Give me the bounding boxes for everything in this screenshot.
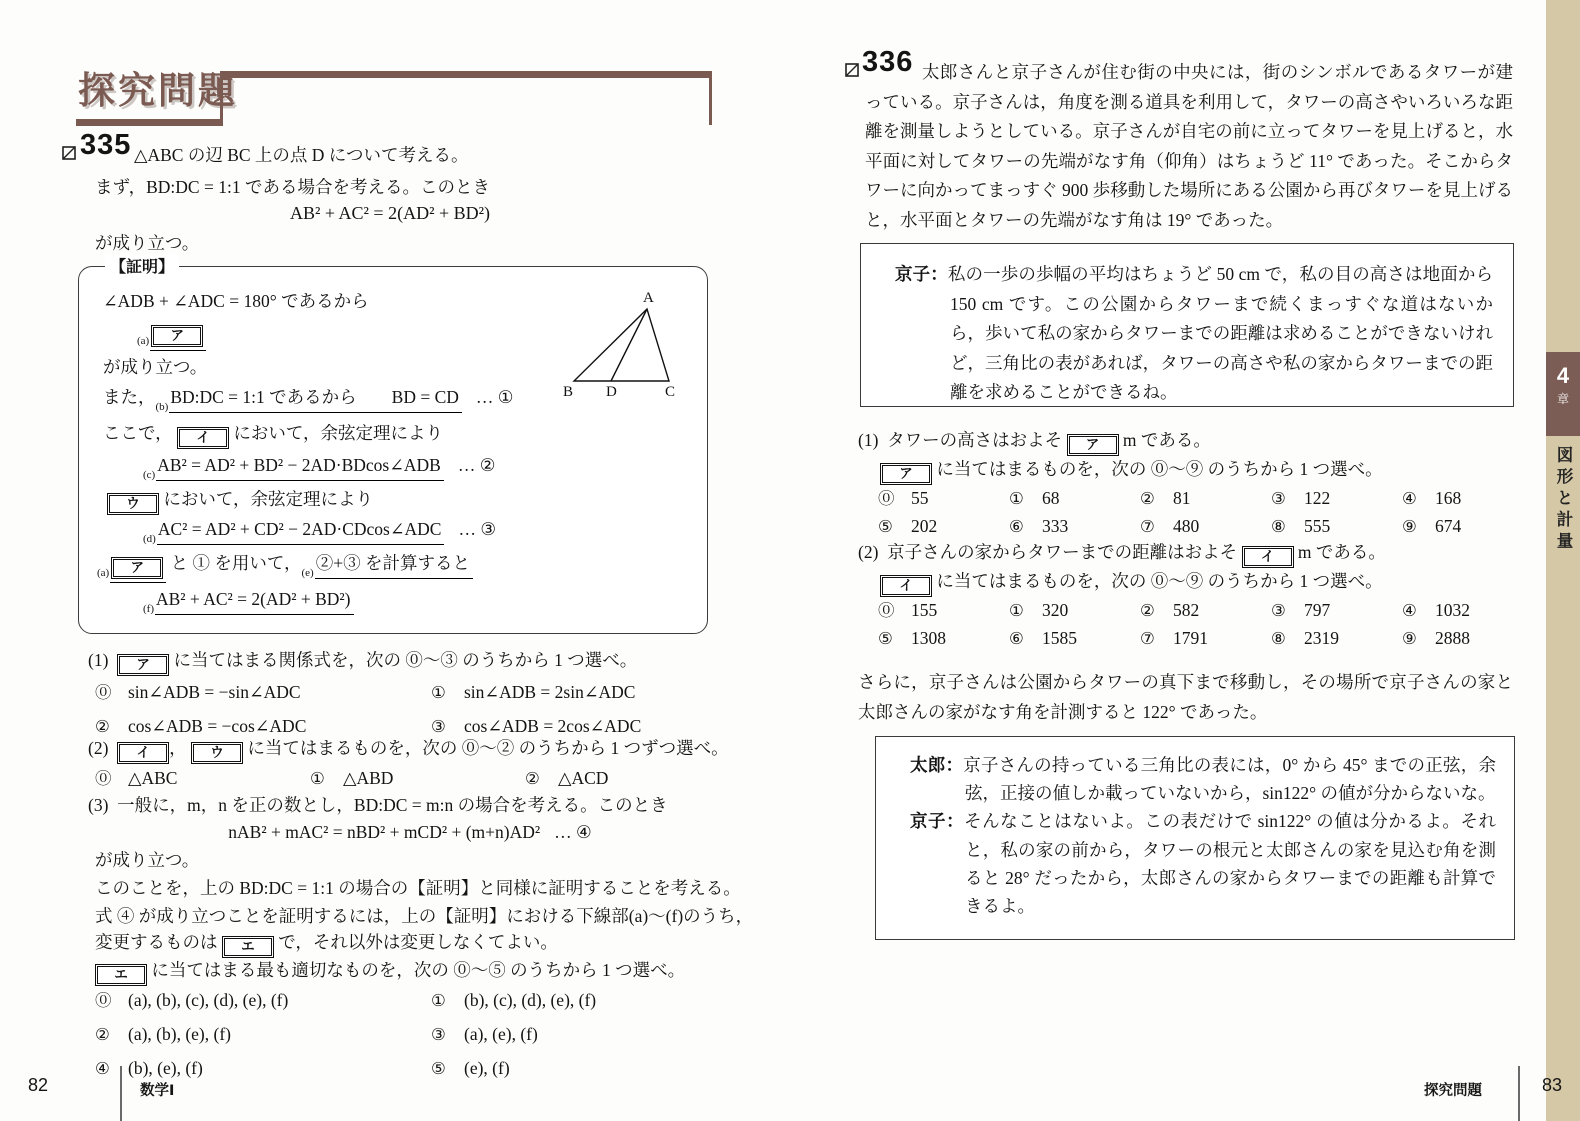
option-number: ⓪ [95, 681, 117, 705]
option-number: ⑨ [1402, 627, 1424, 651]
q335-3-options: ⓪(a), (b), (c), (d), (e), (f) ①(b), (c),… [95, 988, 767, 1081]
q335-3-number: (3) [88, 795, 108, 815]
kyoko-dialog-2-text: そんなことはないよ。この表だけで sin122° の値は分かるよ。それと，私の家… [964, 811, 1496, 916]
page-number-right: 83 [1542, 1075, 1562, 1096]
option-number: ⑤ [431, 1057, 453, 1081]
option-text: 480 [1173, 516, 1199, 536]
q336-1-select: ア に当てはまるものを，次の ⓪〜⑨ のうちから 1 つ選べ。 [880, 457, 1383, 485]
eq-ref-1: … ① [476, 387, 514, 407]
blank-box-i: イ [177, 427, 229, 449]
proof-line-4: また，(b)BD:DC = 1:1 であるから BD = CD… ① [103, 385, 514, 419]
option-text: △ABD [343, 768, 393, 788]
footer-label-left: 数学Ⅰ [140, 1079, 174, 1100]
speaker-taro: 太郎： [910, 755, 963, 775]
q336-1-options-row2: ⑤202 ⑥333 ⑦480 ⑧555 ⑨674 [878, 514, 1533, 539]
q335-3-stem: (3) 一般に，m，n を正の数とし，BD:DC = m:n の場合を考える。こ… [88, 793, 668, 817]
q336-1-blank-box: ア [1067, 434, 1119, 456]
option-text: 674 [1435, 516, 1461, 536]
option-text: (a), (b), (c), (d), (e), (f) [128, 990, 288, 1010]
further-measurement-text: さらに，京子さんは公園からタワーの真下まで移動し，その場所で京子さんの家と太郎さ… [858, 668, 1513, 727]
header-underline-bar [76, 119, 223, 126]
q336-2-pre: 京子さんの家からタワーまでの距離はおよそ [887, 542, 1237, 562]
q336-2-select: イ に当てはまるものを，次の ⓪〜⑨ のうちから 1 つ選べ。 [880, 569, 1383, 597]
option-text: 202 [911, 516, 937, 536]
q336-2-stem: (2) 京子さんの家からタワーまでの距離はおよそ イ m である。 [858, 540, 1386, 568]
kyoko-dialog-text: 私の一歩の歩幅の平均はちょうど 50 cm で，私の目の高さは地面から 150 … [948, 264, 1493, 402]
kyoko-dialog-box: 京子：私の一歩の歩幅の平均はちょうど 50 cm で，私の目の高さは地面から 1… [860, 243, 1514, 407]
option-item: ⑤(e), (f) [431, 1056, 767, 1081]
option-number: ② [525, 767, 547, 791]
option-number: ⑤ [878, 627, 900, 651]
option-item: ⑥1585 [1009, 626, 1140, 651]
option-text: (e), (f) [464, 1058, 510, 1078]
option-number: ② [95, 1023, 117, 1047]
option-item: ③797 [1271, 598, 1402, 623]
speaker-kyoko: 京子： [895, 264, 948, 284]
option-item: ③122 [1271, 486, 1402, 511]
q335-3-select-text: に当てはまる最も適切なものを，次の ⓪〜⑤ のうちから 1 つ選べ。 [151, 960, 685, 980]
q335-2-comma: ， [169, 738, 187, 758]
proof-label: 【証明】 [105, 254, 179, 277]
proof-l9-underlined: ②+③ を計算すると [315, 551, 473, 579]
proof-line-3: が成り立つ。 [103, 355, 207, 379]
option-item: ⑤202 [878, 514, 1009, 539]
option-item: ⑧555 [1271, 514, 1402, 539]
option-item: ⓪55 [878, 486, 1009, 511]
option-text: △ACD [558, 768, 608, 788]
taro-dialog: 太郎：京子さんの持っている三角比の表には，0° から 45° までの正弦，余弦，… [910, 751, 1496, 807]
option-text: cos∠ADB = 2cos∠ADC [464, 716, 641, 736]
proof-line-8: (d)AC² = AD² + CD² − 2AD·CDcos∠ADC… ③ [143, 517, 496, 551]
option-item: ⑦1791 [1140, 626, 1271, 651]
blank-box-a2: ア [111, 557, 163, 579]
option-item: ④1032 [1402, 598, 1533, 623]
q335-3-text4: 変更するものは エ で，それ以外は変更しなくてよい。 [95, 930, 558, 958]
option-number: ⑦ [1140, 627, 1162, 651]
option-text: 81 [1173, 488, 1191, 508]
q335-3-text2: このことを，上の BD:DC = 1:1 の場合の【証明】と同様に証明することを… [95, 876, 741, 900]
chapter-side-strip [1546, 0, 1580, 1121]
proof-l10-underlined: AB² + AC² = 2(AD² + BD²) [155, 587, 354, 615]
proof-l7-post: において，余弦定理により [163, 489, 373, 509]
q336-1-select-box: ア [880, 463, 932, 485]
chapter-number: 4 [1546, 364, 1580, 388]
formula-4: nAB² + mAC² = nBD² + mCD² + (m+n)AD²… ④ [130, 820, 690, 844]
q335-2-options: ⓪△ABC ①△ABD ②△ACD [95, 766, 740, 791]
option-number: ⓪ [95, 989, 117, 1013]
problem-336-text: 太郎さんと京子さんが住む街の中央には，街のシンボルであるタワーが建っている。京子… [865, 58, 1513, 236]
option-text: (a), (e), (f) [464, 1024, 538, 1044]
option-item: ②(a), (b), (e), (f) [95, 1022, 431, 1047]
eq-ref-3: … ③ [458, 519, 496, 539]
q336-2-post: m である。 [1298, 542, 1386, 562]
chapter-tab: 4 章 [1546, 352, 1580, 436]
problem-335-intro: △ABC の辺 BC 上の点 D について考える。 [134, 143, 468, 167]
q335-3-blank-box-e2: エ [95, 964, 147, 986]
triangle-label-B: B [563, 384, 573, 400]
q336-1-post: m である。 [1123, 430, 1211, 450]
formula-4-body: nAB² + mAC² = nBD² + mCD² + (m+n)AD² [228, 822, 540, 842]
proof-l4-pre: また， [103, 387, 156, 407]
underline-label-c: (c) [143, 469, 155, 481]
option-number: ④ [1402, 487, 1424, 511]
kyoko-dialog-2: 京子：そんなことはないよ。この表だけで sin122° の値は分かるよ。それと，… [910, 807, 1496, 920]
option-number: ⑥ [1009, 515, 1031, 539]
proof-l5-post: において，余弦定理により [233, 423, 443, 443]
q335-1-text: に当てはまる関係式を，次の ⓪〜③ のうちから 1 つ選べ。 [174, 650, 638, 670]
option-number: ① [431, 681, 453, 705]
option-text: 1032 [1435, 600, 1470, 620]
option-text: cos∠ADB = −cos∠ADC [128, 716, 306, 736]
option-item: ⓪(a), (b), (c), (d), (e), (f) [95, 988, 431, 1013]
q335-3-blank-box-e: エ [222, 936, 274, 958]
eq-ref-4: … ④ [554, 822, 592, 842]
footer-label-right: 探究問題 [1424, 1079, 1482, 1100]
q335-2-blank-box-u: ウ [191, 742, 243, 764]
option-text: 1791 [1173, 628, 1208, 648]
taro-kyoko-dialog-box: 太郎：京子さんの持っている三角比の表には，0° から 45° までの正弦，余弦，… [875, 736, 1515, 940]
underline-label-a: (a) [137, 335, 149, 347]
option-number: ⑦ [1140, 515, 1162, 539]
option-text: 555 [1304, 516, 1330, 536]
option-item: ⓪△ABC [95, 766, 310, 791]
option-number: ⑨ [1402, 515, 1424, 539]
q335-2-number: (2) [88, 738, 108, 758]
option-number: ⑧ [1271, 627, 1293, 651]
q336-1-pre: タワーの高さはおよそ [887, 430, 1062, 450]
q336-1-select-text: に当てはまるものを，次の ⓪〜⑨ のうちから 1 つ選べ。 [936, 459, 1382, 479]
proof-line-5: ここで， イ において，余弦定理により [103, 421, 443, 449]
underline-label-a2: (a) [97, 567, 109, 579]
proof-l8-underlined: AC² = AD² + CD² − 2AD·CDcos∠ADC [157, 517, 445, 545]
q335-1-number: (1) [88, 650, 108, 670]
option-text: 2888 [1435, 628, 1470, 648]
proof-line-6: (c)AB² = AD² + BD² − 2AD·BDcos∠ADB… ② [143, 453, 495, 487]
option-item: ③(a), (e), (f) [431, 1022, 767, 1047]
option-text: 797 [1304, 600, 1330, 620]
option-text: 582 [1173, 600, 1199, 620]
header-bar-left-drop [220, 78, 223, 125]
option-item: ②582 [1140, 598, 1271, 623]
option-item: ①(b), (c), (d), (e), (f) [431, 988, 767, 1013]
option-item: ⓪sin∠ADB = −sin∠ADC [95, 680, 431, 705]
problem-335-case: まず，BD:DC = 1:1 である場合を考える。このとき [95, 175, 490, 199]
option-text: sin∠ADB = −sin∠ADC [128, 682, 301, 702]
q336-1-stem: (1) タワーの高さはおよそ ア m である。 [858, 428, 1211, 456]
option-item: ⑥333 [1009, 514, 1140, 539]
option-number: ① [1009, 599, 1031, 623]
option-text: (b), (e), (f) [128, 1058, 203, 1078]
page-number-left: 82 [28, 1075, 48, 1096]
proof-line-1: ∠ADB + ∠ADC = 180° であるから [103, 289, 369, 313]
header-top-bar [220, 71, 712, 78]
option-item: ①68 [1009, 486, 1140, 511]
triangle-label-A: A [643, 290, 654, 306]
proof-box: 【証明】 ∠ADB + ∠ADC = 180° であるから (a)ア が成り立つ… [78, 266, 708, 634]
q335-3-holds: が成り立つ。 [95, 848, 199, 872]
q335-1-options: ⓪sin∠ADB = −sin∠ADC ①sin∠ADB = 2sin∠ADC … [95, 680, 767, 739]
proof-line-7: ウ において，余弦定理により [107, 487, 373, 515]
option-text: 168 [1435, 488, 1461, 508]
triangle-label-C: C [665, 384, 675, 400]
option-item: ②81 [1140, 486, 1271, 511]
q335-1-blank-box: ア [117, 654, 169, 676]
q336-2-select-text: に当てはまるものを，次の ⓪〜⑨ のうちから 1 つ選べ。 [936, 571, 1382, 591]
underline-label-f: (f) [143, 603, 154, 615]
option-item: ⓪155 [878, 598, 1009, 623]
option-number: ③ [431, 1023, 453, 1047]
option-item: ⑨674 [1402, 514, 1533, 539]
option-number: ② [1140, 487, 1162, 511]
q335-3-text1: 一般に，m，n を正の数とし，BD:DC = m:n の場合を考える。このとき [117, 795, 667, 815]
option-number: ⓪ [95, 767, 117, 791]
header-bar-right-drop [709, 78, 712, 125]
q335-3-text4-pre: 変更するものは [95, 932, 218, 952]
option-text: 68 [1042, 488, 1060, 508]
q335-2-blank-box-i: イ [117, 742, 169, 764]
option-text: 122 [1304, 488, 1330, 508]
option-number: ⑤ [878, 515, 900, 539]
option-number: ③ [1271, 487, 1293, 511]
check-square-icon [62, 146, 76, 160]
chapter-suffix: 章 [1546, 390, 1580, 407]
option-text: △ABC [128, 768, 177, 788]
problem-335-number: 335 [80, 133, 131, 157]
option-number: ④ [1402, 599, 1424, 623]
q336-2-blank-box: イ [1242, 546, 1294, 568]
q336-2-options-row2: ⑤1308 ⑥1585 ⑦1791 ⑧2319 ⑨2888 [878, 626, 1533, 651]
option-text: 55 [911, 488, 929, 508]
problem-335-holds: が成り立つ。 [95, 231, 199, 255]
q335-2-stem: (2) イ， ウ に当てはまるものを，次の ⓪〜② のうちから 1 つずつ選べ。 [88, 736, 729, 764]
option-number: ⑥ [1009, 627, 1031, 651]
speaker-kyoko: 京子： [910, 811, 964, 831]
page-title: 探究問題 [78, 60, 238, 114]
proof-l4-underlined: BD:DC = 1:1 であるから BD = CD [169, 385, 462, 413]
option-number: ① [431, 989, 453, 1013]
check-square-icon [845, 63, 859, 77]
proof-line-10: (f)AB² + AC² = 2(AD² + BD²) [143, 587, 354, 621]
proof-l6-underlined: AB² = AD² + BD² − 2AD·BDcos∠ADB [156, 453, 444, 481]
proof-line-9: (a)ア と ① を用いて，(e)②+③ を計算すると [97, 551, 473, 585]
option-number: ⓪ [878, 599, 900, 623]
q336-2-options-row1: ⓪155 ①320 ②582 ③797 ④1032 [878, 598, 1533, 623]
q336-2-number: (2) [858, 542, 878, 562]
option-number: ① [310, 767, 332, 791]
option-item: ⑧2319 [1271, 626, 1402, 651]
underline-label-e: (e) [302, 567, 314, 579]
option-item: ①320 [1009, 598, 1140, 623]
option-number: ④ [95, 1057, 117, 1081]
option-text: 2319 [1304, 628, 1339, 648]
eq-ref-2: … ② [458, 455, 496, 475]
q335-3-text4-post: で，それ以外は変更しなくてよい。 [278, 932, 558, 952]
q335-2-text: に当てはまるものを，次の ⓪〜② のうちから 1 つずつ選べ。 [247, 738, 728, 758]
option-item: ①△ABD [310, 766, 525, 791]
q335-3-text3: 式 ④ が成り立つことを証明するには，上の【証明】における下線部(a)〜(f)の… [95, 904, 753, 928]
q335-3-select: エ に当てはまる最も適切なものを，次の ⓪〜⑤ のうちから 1 つ選べ。 [95, 958, 685, 986]
option-item: ④168 [1402, 486, 1533, 511]
taro-dialog-text: 京子さんの持っている三角比の表には，0° から 45° までの正弦，余弦，正接の… [963, 755, 1496, 803]
triangle-diagram: A B D C [549, 289, 699, 401]
option-item: ⑤1308 [878, 626, 1009, 651]
q336-2-select-box: イ [880, 575, 932, 597]
footer-divider-left [120, 1066, 122, 1121]
option-number: ⓪ [878, 487, 900, 511]
q336-1-options-row1: ⓪55 ①68 ②81 ③122 ④168 [878, 486, 1533, 511]
chapter-title-vertical: 図形と計量 [1551, 446, 1575, 554]
option-text: 1308 [911, 628, 946, 648]
option-number: ⑧ [1271, 515, 1293, 539]
underline-label-d: (d) [143, 533, 156, 545]
formula-335: AB² + AC² = 2(AD² + BD²) [130, 201, 650, 225]
option-text: 320 [1042, 600, 1068, 620]
kyoko-dialog: 京子：私の一歩の歩幅の平均はちょうど 50 cm で，私の目の高さは地面から 1… [895, 260, 1493, 408]
option-text: sin∠ADB = 2sin∠ADC [464, 682, 635, 702]
option-number: ③ [1271, 599, 1293, 623]
option-text: 333 [1042, 516, 1068, 536]
underline-label-b: (b) [156, 401, 169, 413]
blank-box-a: ア [151, 325, 203, 347]
option-item: ①sin∠ADB = 2sin∠ADC [431, 680, 767, 705]
option-text: 155 [911, 600, 937, 620]
option-text: (b), (c), (d), (e), (f) [464, 990, 596, 1010]
triangle-label-D: D [606, 384, 617, 400]
q336-1-number: (1) [858, 430, 878, 450]
footer-divider-right [1518, 1066, 1520, 1121]
option-text: (a), (b), (e), (f) [128, 1024, 231, 1044]
blank-box-u: ウ [107, 493, 159, 515]
option-text: 1585 [1042, 628, 1077, 648]
proof-line-2: (a)ア [137, 319, 206, 353]
option-item: ④(b), (e), (f) [95, 1056, 431, 1081]
proof-l5-pre: ここで， [103, 423, 173, 443]
option-item: ⑦480 [1140, 514, 1271, 539]
option-item: ⑨2888 [1402, 626, 1533, 651]
proof-l9-mid: と ① を用いて， [171, 553, 302, 573]
q335-1-stem: (1) ア に当てはまる関係式を，次の ⓪〜③ のうちから 1 つ選べ。 [88, 648, 637, 676]
option-number: ② [1140, 599, 1162, 623]
option-number: ① [1009, 487, 1031, 511]
option-item: ②△ACD [525, 766, 740, 791]
